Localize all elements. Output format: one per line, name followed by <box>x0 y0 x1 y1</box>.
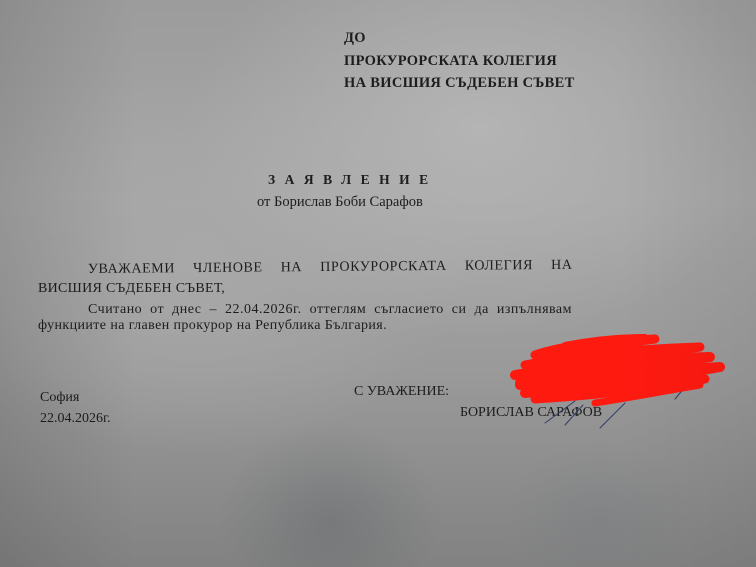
document-title: ЗАЯВЛЕНИЕ <box>268 172 438 188</box>
addressee-line-1: ДО <box>344 30 366 47</box>
red-scribble-redaction <box>515 337 720 403</box>
date: 22.04.2026г. <box>40 411 111 427</box>
addressee-line-3: НА ВИСШИЯ СЪДЕБЕН СЪВЕТ <box>344 75 575 92</box>
closing: С УВАЖЕНИЕ: <box>354 384 449 400</box>
salutation-line-2: ВИСШИЯ СЪДЕБЕН СЪВЕТ, <box>38 281 225 297</box>
body-paragraph-line-2: функциите на главен прокурор на Републик… <box>38 318 387 334</box>
place: София <box>40 390 79 406</box>
body-paragraph-line-1: Считано от днес – 22.04.2026г. оттеглям … <box>88 302 572 318</box>
salutation-line-1: УВАЖАЕМИ ЧЛЕНОВЕ НА ПРОКУРОРСКАТА КОЛЕГИ… <box>88 258 573 278</box>
addressee-line-2: ПРОКУРОРСКАТА КОЛЕГИЯ <box>344 53 557 70</box>
document-subtitle: от Борислав Боби Сарафов <box>257 194 423 211</box>
signatory-name: БОРИСЛАВ САРАФОВ <box>460 405 602 421</box>
